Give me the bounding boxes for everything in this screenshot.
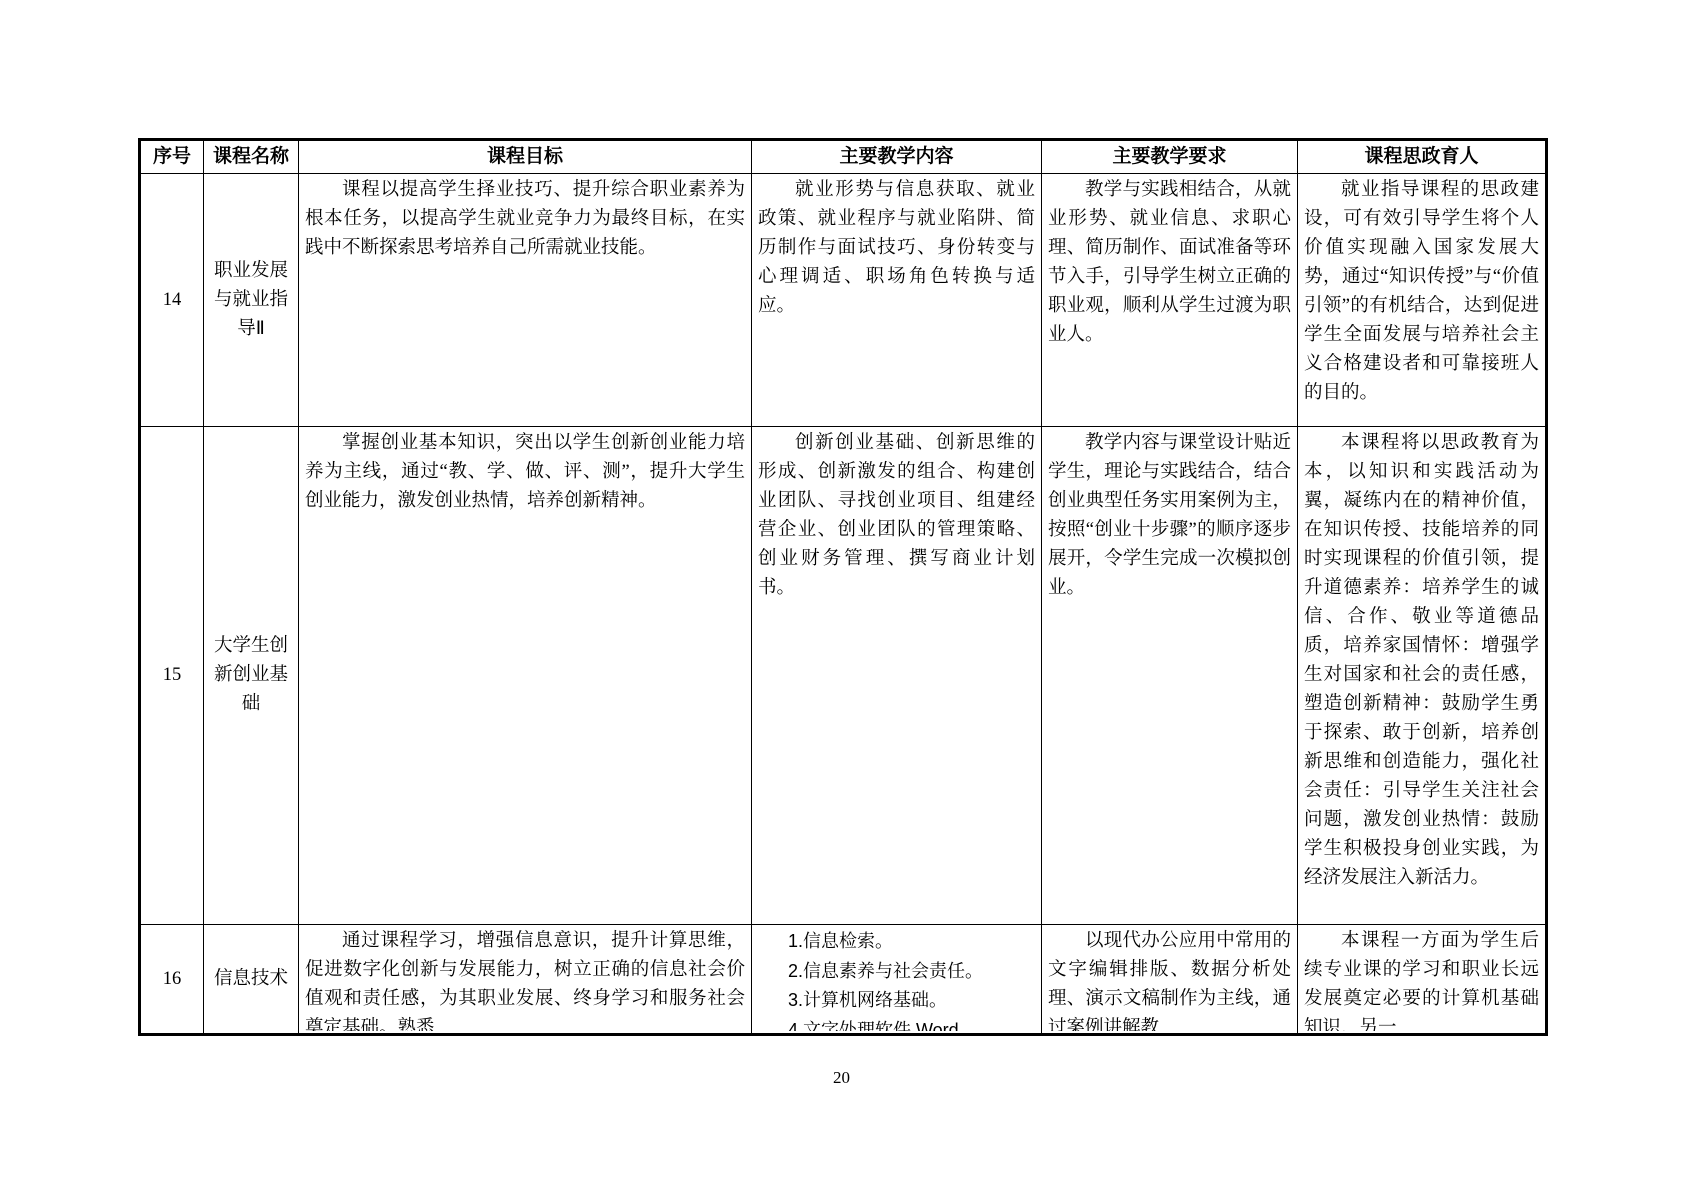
content-list-item: 1.信息检索。 bbox=[788, 927, 1035, 957]
content-text-15: 创新创业基础、创新思维的形成、创新激发的组合、构建创业团队、寻找创业项目、组建经… bbox=[758, 429, 1035, 603]
objective-text-14: 课程以提高学生择业技巧、提升综合职业素养为根本任务，以提高学生就业竞争力为最终目… bbox=[305, 176, 745, 263]
cell-content-14: 就业形势与信息获取、就业政策、就业程序与就业陷阱、简历制作与面试技巧、身份转变与… bbox=[752, 174, 1042, 427]
content-list-item: 2.信息素养与社会责任。 bbox=[788, 957, 1035, 987]
cell-no-15: 15 bbox=[140, 427, 204, 925]
cell-requirement-14: 教学与实践相结合，从就业形势、就业信息、求职心理、简历制作、面试准备等环节入手，… bbox=[1042, 174, 1298, 427]
document-page: 序号 课程名称 课程目标 主要教学内容 主要教学要求 课程思政育人 14 职业发… bbox=[138, 138, 1545, 1088]
course-table: 序号 课程名称 课程目标 主要教学内容 主要教学要求 课程思政育人 14 职业发… bbox=[138, 138, 1548, 1036]
table-row-16: 16 信息技术 通过课程学习，增强信息意识，提升计算思维，促进数字化创新与发展能… bbox=[140, 925, 1547, 1035]
ideology-text-16: 本课程一方面为学生后续专业课的学习和职业长远发展奠定必要的计算机基础知识，另一 bbox=[1304, 927, 1539, 1031]
table-row-15: 15 大学生创新创业基础 掌握创业基本知识，突出以学生创新创业能力培养为主线，通… bbox=[140, 427, 1547, 925]
col-header-requirement: 主要教学要求 bbox=[1042, 140, 1298, 174]
cell-no-16: 16 bbox=[140, 925, 204, 1035]
cell-requirement-15: 教学内容与课堂设计贴近学生，理论与实践结合，结合创业典型任务实用案例为主，按照“… bbox=[1042, 427, 1298, 925]
cell-ideology-15: 本课程将以思政教育为本，以知识和实践活动为翼，凝练内在的精神价值，在知识传授、技… bbox=[1298, 427, 1547, 925]
ideology-text-15: 本课程将以思政教育为本，以知识和实践活动为翼，凝练内在的精神价值，在知识传授、技… bbox=[1304, 429, 1539, 893]
page-number: 20 bbox=[138, 1068, 1545, 1088]
col-header-course-name: 课程名称 bbox=[204, 140, 299, 174]
requirement-text-14: 教学与实践相结合，从就业形势、就业信息、求职心理、简历制作、面试准备等环节入手，… bbox=[1048, 176, 1291, 350]
objective-text-16: 通过课程学习，增强信息意识，提升计算思维，促进数字化创新与发展能力，树立正确的信… bbox=[305, 927, 745, 1031]
cell-ideology-14: 就业指导课程的思政建设，可有效引导学生将个人价值实现融入国家发展大势，通过“知识… bbox=[1298, 174, 1547, 427]
objective-text-15: 掌握创业基本知识，突出以学生创新创业能力培养为主线，通过“教、学、做、评、测”，… bbox=[305, 429, 745, 516]
cell-no-14: 14 bbox=[140, 174, 204, 427]
cell-objective-14: 课程以提高学生择业技巧、提升综合职业素养为根本任务，以提高学生就业竞争力为最终目… bbox=[299, 174, 752, 427]
requirement-text-15: 教学内容与课堂设计贴近学生，理论与实践结合，结合创业典型任务实用案例为主，按照“… bbox=[1048, 429, 1291, 603]
cell-course-name-15: 大学生创新创业基础 bbox=[204, 427, 299, 925]
col-header-objective: 课程目标 bbox=[299, 140, 752, 174]
table-header-row: 序号 课程名称 课程目标 主要教学内容 主要教学要求 课程思政育人 bbox=[140, 140, 1547, 174]
cell-content-16: 1.信息检索。 2.信息素养与社会责任。 3.计算机网络基础。 4.文字处理软件… bbox=[752, 925, 1042, 1035]
cell-objective-16: 通过课程学习，增强信息意识，提升计算思维，促进数字化创新与发展能力，树立正确的信… bbox=[299, 925, 752, 1035]
table-row-14: 14 职业发展与就业指导Ⅱ 课程以提高学生择业技巧、提升综合职业素养为根本任务，… bbox=[140, 174, 1547, 427]
requirement-text-16: 以现代办公应用中常用的文字编辑排版、数据分析处理、演示文稿制作为主线，通过案例讲… bbox=[1048, 927, 1291, 1031]
cell-course-name-14: 职业发展与就业指导Ⅱ bbox=[204, 174, 299, 427]
col-header-no: 序号 bbox=[140, 140, 204, 174]
col-header-content: 主要教学内容 bbox=[752, 140, 1042, 174]
content-list-item: 4.文字处理软件 Word。 bbox=[788, 1016, 1035, 1032]
content-list-item: 3.计算机网络基础。 bbox=[788, 986, 1035, 1016]
cell-objective-15: 掌握创业基本知识，突出以学生创新创业能力培养为主线，通过“教、学、做、评、测”，… bbox=[299, 427, 752, 925]
cell-ideology-16: 本课程一方面为学生后续专业课的学习和职业长远发展奠定必要的计算机基础知识，另一 bbox=[1298, 925, 1547, 1035]
ideology-text-14: 就业指导课程的思政建设，可有效引导学生将个人价值实现融入国家发展大势，通过“知识… bbox=[1304, 176, 1539, 408]
cell-content-15: 创新创业基础、创新思维的形成、创新激发的组合、构建创业团队、寻找创业项目、组建经… bbox=[752, 427, 1042, 925]
col-header-ideology: 课程思政育人 bbox=[1298, 140, 1547, 174]
cell-requirement-16: 以现代办公应用中常用的文字编辑排版、数据分析处理、演示文稿制作为主线，通过案例讲… bbox=[1042, 925, 1298, 1035]
content-list-16: 1.信息检索。 2.信息素养与社会责任。 3.计算机网络基础。 4.文字处理软件… bbox=[758, 927, 1035, 1031]
content-text-14: 就业形势与信息获取、就业政策、就业程序与就业陷阱、简历制作与面试技巧、身份转变与… bbox=[758, 176, 1035, 321]
cell-course-name-16: 信息技术 bbox=[204, 925, 299, 1035]
